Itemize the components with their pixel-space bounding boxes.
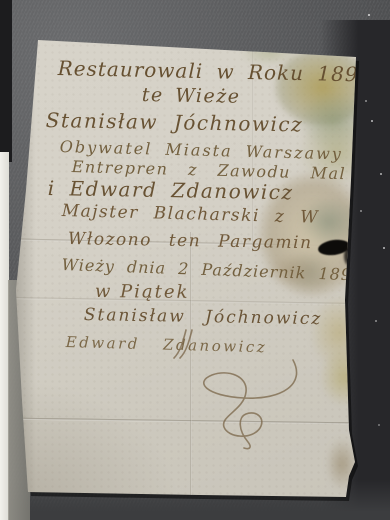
dark-left-strip — [0, 0, 12, 162]
dust-specks — [368, 14, 370, 16]
manuscript-paper: Restaurowali w Roku 1891 te Wieże Stanis… — [0, 0, 390, 520]
ink-flourish — [0, 0, 390, 520]
photo-scene: Restaurowali w Roku 1891 te Wieże Stanis… — [0, 0, 390, 520]
